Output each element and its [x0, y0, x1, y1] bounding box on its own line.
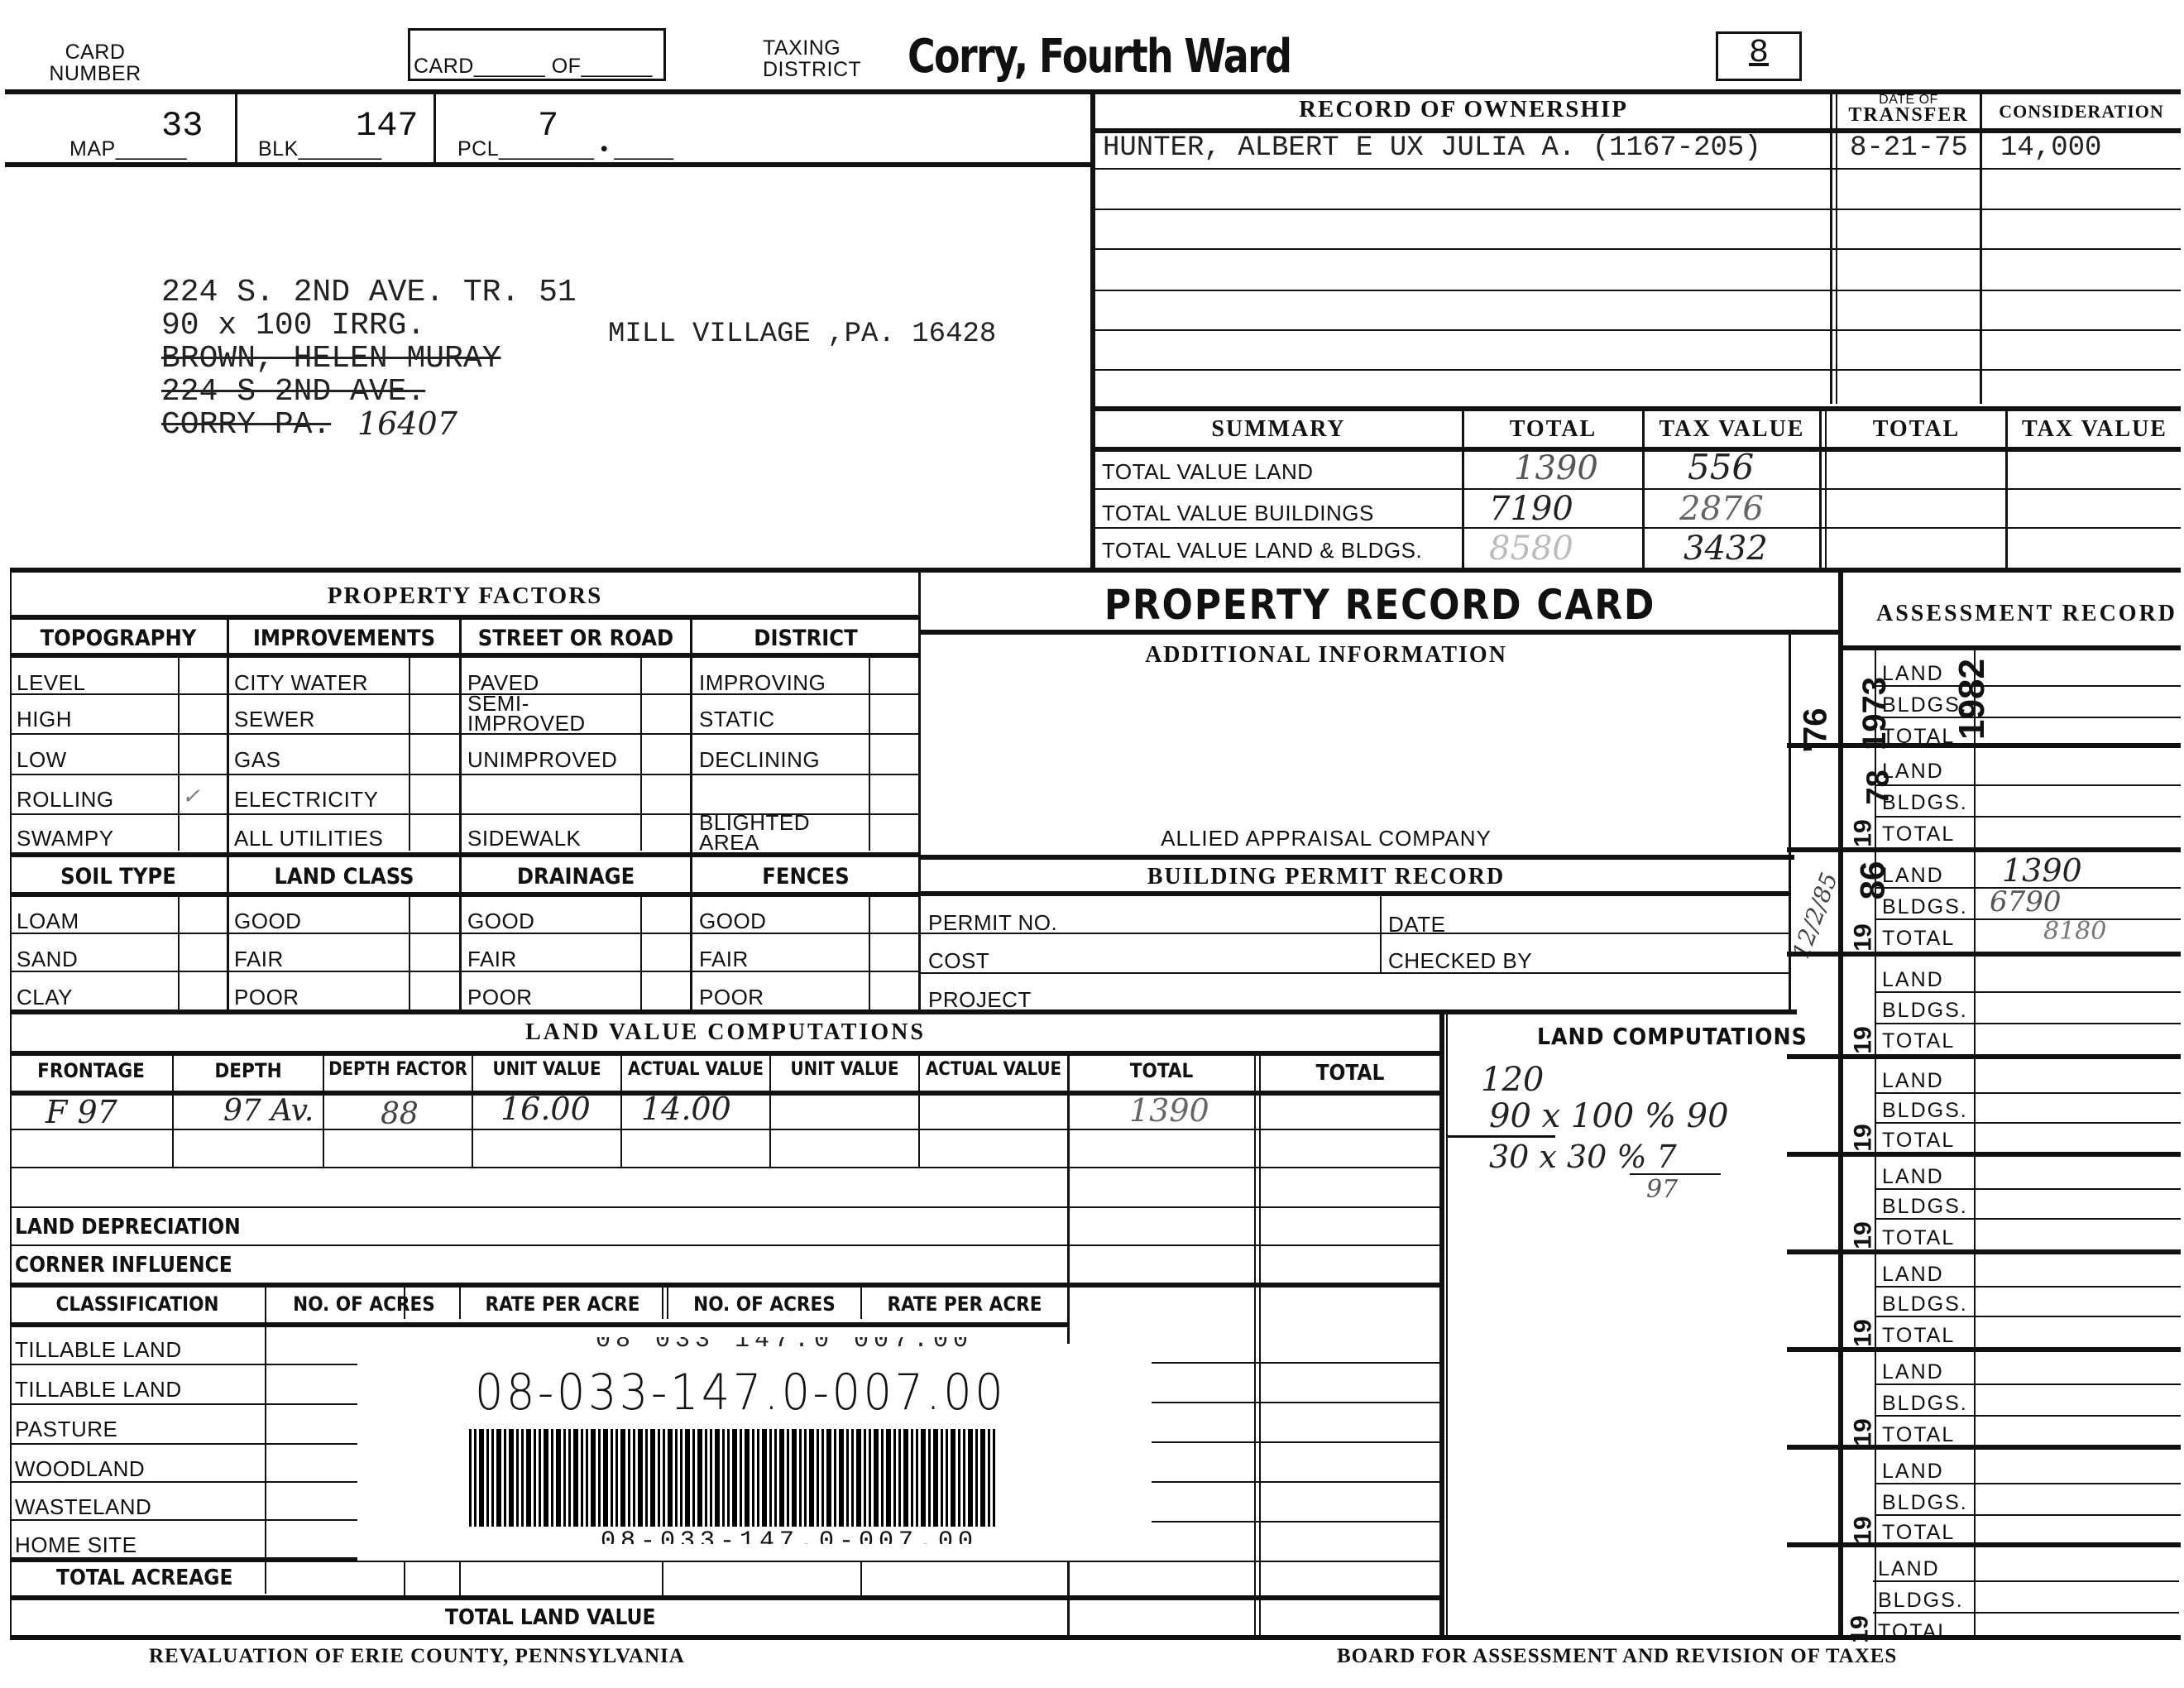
assessment-total-label: TOTAL: [1882, 1521, 1955, 1545]
divider: [409, 655, 410, 851]
assessment-year-prefix: 19: [1850, 1221, 1878, 1249]
transfer-date: 8-21-75: [1850, 132, 1968, 164]
taxing-district-label: TAXING DISTRICT: [763, 37, 874, 80]
barcode-icon: [469, 1429, 1032, 1527]
factor-level: LEVEL: [17, 670, 85, 696]
fences-fair: FAIR: [699, 947, 749, 972]
assessment-year-prefix: 19: [1850, 1418, 1878, 1446]
assessment-total-label: TOTAL: [1882, 1226, 1955, 1250]
frontage-value: F 97: [45, 1094, 117, 1130]
assessment-land-label: LAND: [1882, 1460, 1944, 1484]
actual-value: 14.00: [641, 1091, 731, 1127]
divider: [1876, 1483, 2181, 1484]
assessment-total-label: TOTAL: [1882, 1423, 1955, 1447]
divider: [1876, 717, 2181, 718]
fences-poor: POOR: [699, 985, 764, 1010]
assessment-empty-blocks: LAND BLDGS. TOTAL 19 LAND BLDGS. TOTAL 1…: [1787, 952, 2181, 1640]
divider: [10, 1364, 357, 1365]
land-comp-line2: 90 x 100 % 90: [1489, 1097, 1729, 1135]
divider: [459, 1561, 461, 1595]
divider: [1787, 1152, 2181, 1157]
divider: [5, 162, 1095, 167]
pcl-value: 7: [538, 106, 558, 146]
divider: [640, 895, 642, 1011]
prior-owner-name: BROWN, HELEN MURAY: [161, 341, 500, 376]
divider: [921, 855, 1794, 860]
factor-blighted-area: BLIGHTED AREA: [699, 813, 864, 852]
divider: [1095, 488, 2181, 490]
classification-row: TILLABLE LAND: [15, 1377, 182, 1403]
divider: [1876, 685, 2181, 687]
mailing-city: MILL VILLAGE ,PA. 16428: [608, 319, 996, 350]
col-total: TOTAL: [1069, 1059, 1254, 1082]
land-class-fair: FAIR: [234, 947, 284, 972]
divider: [265, 1286, 266, 1594]
district-header: DISTRICT: [692, 626, 919, 651]
divider: [1876, 887, 2181, 889]
drainage-poor: POOR: [467, 985, 533, 1010]
summary-land-total: 1390: [1514, 449, 1598, 487]
barcode-printed-id: 08-033-147.0-007.00: [601, 1527, 978, 1544]
assessment-year-prefix: 19: [1850, 1319, 1878, 1346]
ownership-title: RECORD OF OWNERSHIP: [1095, 96, 1832, 123]
assessment-year-prefix: 19: [1850, 1124, 1878, 1151]
factor-all-utilities: ALL UTILITIES: [234, 826, 383, 851]
assessment-total-value: 8180: [2043, 917, 2106, 946]
factor-swampy: SWAMPY: [17, 826, 114, 851]
divider: [1876, 1188, 2181, 1190]
divider: [1095, 168, 2181, 170]
divider: [10, 1322, 1069, 1327]
card-label: CARD: [414, 55, 474, 78]
divider: [10, 615, 920, 620]
factor-unimproved: UNIMPROVED: [467, 747, 617, 773]
card-number-label: CARD NUMBER: [41, 41, 149, 84]
total-acreage-label: TOTAL ACREAGE: [56, 1566, 232, 1590]
summary-all-total: 8580: [1489, 530, 1573, 568]
assessment-land-label: LAND: [1882, 1165, 1944, 1189]
divider: [1152, 1402, 1441, 1403]
land-comp-line4: 97: [1646, 1175, 1678, 1204]
divider: [921, 972, 1789, 974]
drainage-header: DRAINAGE: [462, 864, 690, 890]
acres-header: NO. OF ACRES: [266, 1292, 462, 1316]
assessment-year-stamp: 1973: [1856, 677, 1894, 750]
classification-row: PASTURE: [15, 1417, 117, 1442]
prior-owner-address: 224 S 2ND AVE.: [161, 374, 425, 410]
summary-tax-value2-header: TAX VALUE: [2008, 416, 2182, 443]
divider: [459, 617, 462, 1013]
divider: [1152, 1362, 1441, 1364]
blk-value: 147: [356, 106, 419, 146]
divider: [1787, 743, 2181, 748]
taxing-district-value: Corry, Fourth Ward: [908, 30, 1291, 84]
soil-clay: CLAY: [17, 985, 73, 1010]
factor-rolling: ROLLING: [17, 787, 114, 813]
assessment-bldgs-value: 6790: [1990, 885, 2062, 918]
assessment-land-label: LAND: [1878, 1557, 1940, 1581]
footer-right: BOARD FOR ASSESSMENT AND REVISION OF TAX…: [1337, 1645, 1897, 1668]
divider: [1095, 527, 2181, 529]
divider: [1876, 1316, 2181, 1317]
fences-header: FENCES: [692, 864, 919, 890]
assessment-bldgs-label: BLDGS.: [1882, 1392, 1968, 1416]
pcl-label: PCL________ • _____: [457, 137, 674, 161]
divider: [869, 655, 870, 851]
assessment-bldgs-label: BLDGS.: [1882, 1099, 1968, 1123]
divider: [1095, 290, 2181, 291]
summary-row-label: TOTAL VALUE LAND: [1102, 459, 1314, 485]
soil-sand: SAND: [17, 947, 78, 972]
assessment-land-label: LAND: [1882, 968, 1944, 992]
col-total-2: TOTAL: [1261, 1061, 1439, 1086]
summary-land-tax: 556: [1688, 447, 1754, 487]
factor-static: STATIC: [699, 707, 775, 732]
divider: [1095, 447, 2181, 452]
consideration-header: CONSIDERATION: [1982, 101, 2181, 122]
divider: [10, 1519, 357, 1521]
factor-electricity: ELECTRICITY: [234, 787, 379, 813]
unit-value: 16.00: [500, 1091, 591, 1127]
additional-info-title: ADDITIONAL INFORMATION: [921, 642, 1731, 669]
assessment-bldgs-label: BLDGS.: [1882, 999, 1968, 1023]
land-class-header: LAND CLASS: [229, 864, 459, 890]
card-title: PROPERTY RECORD CARD: [976, 581, 1784, 629]
land-comp-underline: [1448, 1135, 1555, 1138]
assessment-78-stamp: 78: [1861, 770, 1897, 804]
divider: [10, 1443, 357, 1445]
divider: [921, 933, 1789, 934]
assessment-year-prefix: 19: [1850, 923, 1878, 951]
divider: [10, 1167, 1441, 1168]
assessment-land-label: LAND: [1882, 1069, 1944, 1093]
divider: [1787, 1445, 2181, 1450]
land-class-good: GOOD: [234, 909, 301, 934]
row-total-value: 1390: [1129, 1092, 1209, 1129]
divider: [1873, 1612, 2179, 1614]
divider: [1152, 1481, 1441, 1483]
of-label: OF: [552, 55, 582, 78]
divider: [10, 1206, 1441, 1208]
prior-owner-city: CORRY PA.: [161, 407, 331, 443]
land-value-title: LAND VALUE COMPUTATIONS: [10, 1019, 1441, 1046]
footer-left: REVALUATION OF ERIE COUNTY, PENNSYLVANIA: [149, 1645, 685, 1668]
divider: [1152, 1521, 1441, 1523]
soil-type-header: SOIL TYPE: [10, 864, 227, 890]
divider: [1095, 209, 2181, 210]
barcode-handwritten-id: 08-033-147.0-007.00: [475, 1364, 1006, 1422]
divider: [10, 852, 920, 857]
divider: [10, 1009, 1797, 1014]
summary-tax-value-header: TAX VALUE: [1645, 416, 1819, 443]
factor-declining: DECLINING: [699, 747, 820, 773]
assessment-total-label: TOTAL: [1878, 1620, 1951, 1644]
land-comp-line3: 30 x 30 % 7: [1489, 1139, 1677, 1175]
divider: [1787, 1054, 2181, 1059]
divider: [1842, 645, 2181, 650]
divider: [404, 1561, 405, 1595]
assessment-86-stamp: 86: [1852, 861, 1892, 900]
divider: [1876, 816, 2181, 818]
improvements-header: IMPROVEMENTS: [229, 626, 459, 651]
col-depth-factor: DEPTH FACTOR: [324, 1059, 472, 1080]
consideration-value: 14,000: [2000, 132, 2101, 164]
total-land-value-label: TOTAL LAND VALUE: [445, 1605, 655, 1630]
divider: [1095, 329, 2181, 331]
divider: [10, 571, 12, 1638]
divider: [1259, 1054, 1261, 1638]
divider: [1787, 1347, 2181, 1352]
corner-influence-label: CORNER INFLUENCE: [15, 1253, 232, 1278]
factor-sewer: SEWER: [234, 707, 315, 732]
classification-row: WASTELAND: [15, 1494, 151, 1520]
land-depreciation-label: LAND DEPRECIATION: [15, 1215, 241, 1240]
assessment-bldgs-label: BLDGS.: [1882, 1292, 1968, 1316]
classification-row: WOODLAND: [15, 1456, 145, 1482]
classification-header: CLASSIFICATION: [10, 1292, 265, 1316]
barcode-top-cutoff: 08 033 147.0 007.00: [596, 1337, 973, 1352]
factor-sidewalk: SIDEWALK: [467, 826, 581, 851]
fences-good: GOOD: [699, 909, 766, 934]
assessment-bldgs-label: BLDGS.: [1882, 895, 1968, 919]
summary-title: SUMMARY: [1095, 416, 1462, 443]
date-transfer-header: TRANSFER: [1838, 104, 1979, 127]
assessment-bldgs-label: BLDGS.: [1882, 1491, 1968, 1515]
assessment-date-note: 12/2/85: [1787, 869, 1843, 962]
permit-project-label: PROJECT: [928, 987, 1032, 1013]
divider: [921, 891, 1789, 896]
land-computations-title: LAND COMPUTATIONS: [1537, 1023, 1808, 1050]
col-unit-value-2: UNIT VALUE: [771, 1059, 918, 1080]
acres-header-2: NO. OF ACRES: [668, 1292, 860, 1316]
owner-name: HUNTER, ALBERT E UX JULIA A. (1167-205): [1103, 132, 1761, 164]
divider: [178, 895, 180, 1011]
factor-gas: GAS: [234, 747, 280, 773]
divider: [860, 1561, 862, 1595]
divider: [10, 813, 920, 815]
divider: [235, 91, 237, 165]
divider: [1254, 1054, 1256, 1638]
divider: [1152, 1441, 1441, 1443]
divider: [1787, 847, 2181, 852]
divider: [10, 1403, 357, 1405]
divider: [10, 1283, 1441, 1288]
factor-semi-improved: SEMI-IMPROVED: [467, 693, 637, 733]
divider: [10, 1244, 1441, 1246]
divider: [409, 895, 410, 1011]
lot-size-line: 90 x 100 IRRG.: [161, 308, 425, 343]
divider: [10, 1129, 1441, 1130]
assessment-year-prefix: 19: [1850, 1026, 1878, 1053]
summary-total-header: TOTAL: [1464, 416, 1642, 443]
assessment-year-prefix: 19: [1850, 819, 1878, 846]
summary-row-label: TOTAL VALUE LAND & BLDGS.: [1102, 538, 1422, 563]
land-comp-line1: 120: [1481, 1061, 1544, 1099]
divider: [1876, 1383, 2181, 1385]
divider: [1876, 991, 2181, 993]
permit-cost-label: COST: [928, 948, 989, 974]
divider: [433, 91, 436, 165]
divider: [1830, 89, 1832, 404]
rolling-checkmark: ✓: [182, 784, 200, 809]
drainage-fair: FAIR: [467, 947, 517, 972]
divider: [1876, 1092, 2181, 1094]
assessment-land-label: LAND: [1882, 1263, 1944, 1287]
drainage-good: GOOD: [467, 909, 534, 934]
assessment-land-label: LAND: [1882, 1360, 1944, 1384]
divider: [1067, 1561, 1441, 1562]
rate-header-2: RATE PER ACRE: [862, 1292, 1067, 1316]
factor-improving: IMPROVING: [699, 670, 826, 696]
divider: [10, 733, 920, 735]
land-class-poor: POOR: [234, 985, 299, 1010]
divider: [10, 693, 920, 695]
divider: [10, 971, 920, 972]
divider: [1873, 1580, 2179, 1582]
col-unit-value: UNIT VALUE: [473, 1059, 620, 1080]
street-road-header: STREET OR ROAD: [462, 626, 690, 651]
summary-bldg-total: 7190: [1489, 490, 1573, 528]
divider: [10, 653, 920, 658]
assessment-title: ASSESSMENT RECORD: [1876, 601, 2177, 627]
divider: [10, 933, 920, 934]
assessment-total-label: TOTAL: [1882, 822, 1955, 846]
summary-total2-header: TOTAL: [1827, 416, 2005, 443]
divider: [10, 1481, 357, 1483]
divider: [10, 568, 2181, 573]
classification-row: HOME SITE: [15, 1532, 137, 1558]
soil-loam: LOAM: [17, 909, 79, 934]
divider: [10, 892, 920, 897]
assessment-bldgs-label: BLDGS.: [1882, 1195, 1968, 1219]
col-actual-value: ACTUAL VALUE: [622, 1059, 769, 1080]
divider: [227, 617, 229, 1013]
divider: [1095, 248, 2181, 250]
divider: [1095, 369, 2181, 371]
col-frontage: FRONTAGE: [10, 1059, 172, 1082]
assessment-land-value: 1390: [2002, 852, 2082, 889]
depth-factor-value: 88: [381, 1097, 419, 1131]
building-permit-title: BUILDING PERMIT RECORD: [921, 864, 1731, 890]
factor-low: LOW: [17, 747, 67, 773]
divider: [662, 1286, 663, 1319]
divider: [640, 655, 642, 851]
assessment-total-label: TOTAL: [1882, 1029, 1955, 1053]
divider: [1876, 1023, 2181, 1024]
divider: [1876, 784, 2181, 786]
divider: [1439, 1013, 1444, 1638]
property-factors-title: PROPERTY FACTORS: [10, 583, 920, 610]
factor-high: HIGH: [17, 707, 72, 732]
divider: [1876, 918, 2181, 920]
divider: [1876, 1218, 2181, 1220]
depth-value: 97 Av.: [223, 1094, 314, 1128]
district-number-value: 8: [1716, 35, 1802, 72]
assessment-total-label: TOTAL: [1882, 1129, 1955, 1153]
col-actual-value-2: ACTUAL VALUE: [920, 1059, 1067, 1080]
assessment-1982-stamp: 1982: [1952, 659, 1993, 740]
rate-header: RATE PER ACRE: [463, 1292, 662, 1316]
divider: [1446, 1013, 1448, 1638]
summary-row-label: TOTAL VALUE BUILDINGS: [1102, 501, 1374, 526]
summary-all-tax: 3432: [1683, 530, 1768, 568]
divider: [690, 617, 692, 1013]
prior-owner-zip: 16407: [357, 405, 457, 442]
card-of-label: CARD______ OF______: [414, 55, 653, 79]
divider: [921, 630, 1839, 635]
divider: [1876, 1514, 2181, 1516]
divider: [1980, 89, 1982, 404]
assessment-total-label: TOTAL: [1882, 1324, 1955, 1348]
divider: [1095, 406, 2181, 411]
factor-city-water: CITY WATER: [234, 670, 368, 696]
assessment-bldgs-label: BLDGS.: [1878, 1589, 1964, 1613]
divider: [10, 774, 920, 775]
col-depth: DEPTH: [174, 1059, 323, 1082]
divider: [662, 1561, 663, 1595]
divider: [1787, 1249, 2181, 1254]
divider: [10, 1595, 1441, 1600]
map-value: 33: [161, 106, 203, 146]
divider: [1876, 1286, 2181, 1288]
divider: [1836, 89, 1837, 404]
divider: [10, 1635, 2181, 1640]
topography-header: TOPOGRAPHY: [10, 626, 227, 651]
divider: [1876, 1415, 2181, 1417]
assessment-total-label: TOTAL: [1882, 927, 1955, 951]
divider: [178, 655, 180, 851]
classification-row: TILLABLE LAND: [15, 1337, 182, 1363]
divider: [869, 895, 870, 1011]
property-address-line: 224 S. 2ND AVE. TR. 51: [161, 275, 577, 310]
divider: [1876, 1122, 2181, 1124]
assessment-year-prefix: 19: [1850, 1516, 1878, 1543]
divider: [1787, 1542, 2181, 1547]
summary-bldg-tax: 2876: [1679, 490, 1764, 528]
divider: [10, 1051, 1441, 1056]
appraisal-company: ALLIED APPRAISAL COMPANY: [921, 826, 1731, 851]
checked-by-label: CHECKED BY: [1388, 948, 1532, 974]
